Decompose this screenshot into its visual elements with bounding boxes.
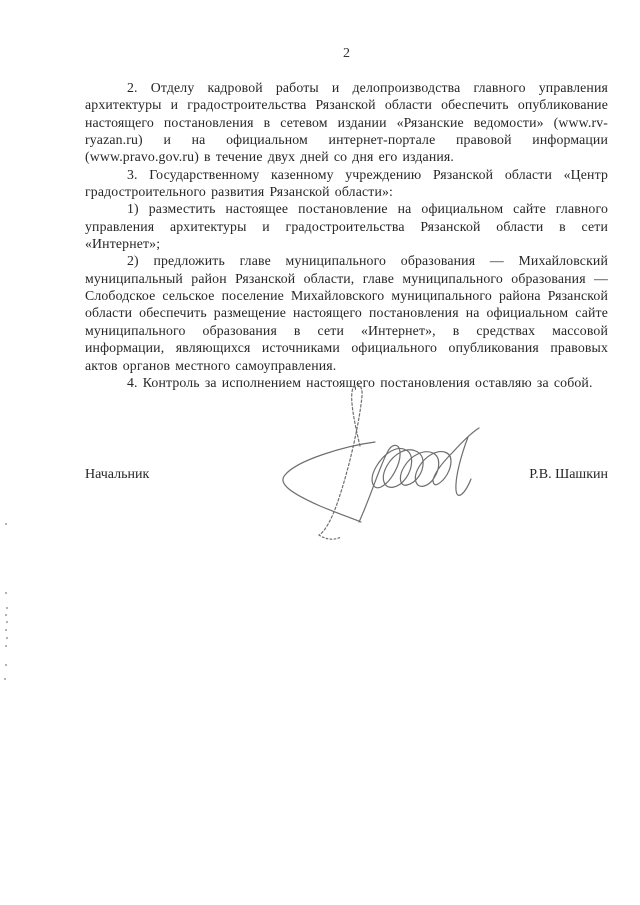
document-body: 2. Отделу кадровой работы и делопроизвод… (85, 79, 608, 391)
paragraph-clause-2: 2. Отделу кадровой работы и делопроизвод… (85, 79, 608, 166)
signer-name: Р.В. Шашкин (529, 467, 608, 483)
paragraph-subclause-2: 2) предложить главе муниципального образ… (85, 252, 608, 373)
scan-dot (5, 645, 7, 647)
scan-dot (5, 614, 7, 616)
scan-dot (5, 664, 7, 666)
signature-block: Начальник Р.В. Шашкин (85, 467, 608, 483)
scan-dot (6, 621, 8, 623)
scan-dot (5, 592, 7, 594)
signer-position-label: Начальник (85, 467, 149, 483)
handwritten-signature-icon (275, 380, 485, 545)
scan-artifacts (0, 0, 12, 905)
document-page: 2 2. Отделу кадровой работы и делопроизв… (0, 0, 640, 905)
paragraph-subclause-1: 1) разместить настоящее постановление на… (85, 200, 608, 252)
scan-dot (6, 637, 8, 639)
page-number: 2 (85, 46, 608, 62)
scan-dot (5, 523, 7, 525)
scan-dot (5, 629, 7, 631)
paragraph-clause-3: 3. Государственному казенному учреждению… (85, 166, 608, 201)
scan-dot (6, 607, 8, 609)
scan-dot (4, 678, 6, 680)
paragraph-clause-4: 4. Контроль за исполнением настоящего по… (85, 374, 608, 391)
